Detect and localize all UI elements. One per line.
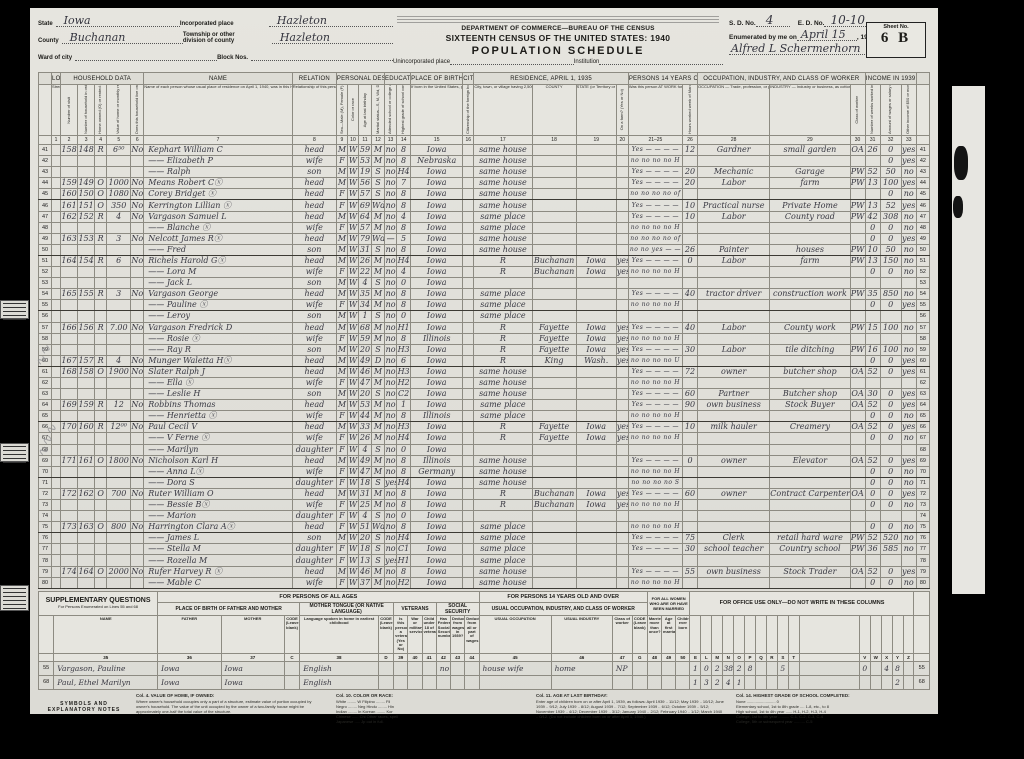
cell-cls [850,189,865,200]
cell-oth [901,278,916,289]
cell-name: —— Mable C [144,577,292,588]
cell-lnR: 56 [916,311,929,322]
cell-grade: 4 [397,267,411,278]
cell-street [52,300,61,311]
cell-hh: 158 [78,366,95,377]
cell-rel: daughter [292,477,336,488]
cell-visit: 165 [61,289,78,300]
cell-farm: No [131,233,144,244]
cell-hh: 163 [78,522,95,533]
cell-lnL: 79 [39,566,52,577]
cell-rel: daughter [292,544,336,555]
cell-name: Corey Bridget ⓧ [144,189,292,200]
cell-oth: yes [901,355,916,366]
cell-street [52,255,61,266]
cell-cls [850,433,865,444]
cell-hrs [682,189,697,200]
cell-wks: 30 [865,389,880,400]
cell-grade: 7 [397,178,411,189]
cell-hh [78,433,95,444]
cell-lnR: 52 [916,267,929,278]
cell-val [107,222,131,233]
cell-race: W [347,544,358,555]
cell-wks: 52 [865,366,880,377]
cell-grade: 8 [397,156,411,167]
cell-own [95,156,107,167]
sheet-header: State Iowa Incorporated place Hazleton C… [30,8,938,72]
cell-res1: same house [474,477,532,488]
cell-cls [850,477,865,488]
cell-lnR: 67 [916,433,929,444]
cell-cit [463,156,474,167]
cell-sch: no [385,544,397,555]
cell-name: Kephart William C [144,145,292,156]
county-label: County [38,38,59,44]
cell-hrs: 55 [682,566,697,577]
cell-age: 20 [358,344,371,355]
cell-grade: H2 [397,377,411,388]
column-number: 33 [901,136,916,145]
cell-sch: no [385,300,397,311]
cell-res3 [576,577,616,588]
cell-wks: 26 [865,145,880,156]
cell-val: 1000 [107,178,131,189]
cell-own [95,477,107,488]
cell-rfarm [616,555,628,566]
cell-val [107,278,131,289]
cell-hrs: 90 [682,400,697,411]
column-number: 18 [532,136,576,145]
supp-column-number: 42 [436,653,450,661]
cell-lnL: 54 [39,289,52,300]
institution-field [599,59,723,65]
supp-cell [284,661,299,675]
cell-lnR: 46 [916,200,929,211]
cell-occ: milk hauler [698,422,770,433]
column-number: 3 [78,136,95,145]
ed-field: 10-10 [824,16,870,27]
cell-cls: OA [850,389,865,400]
cell-visit [61,300,78,311]
cell-occ [698,267,770,278]
cell-own [95,167,107,178]
cell-res2 [532,289,576,300]
cell-res3 [576,511,616,522]
cell-lnR: 64 [916,400,929,411]
cell-age: 20 [358,389,371,400]
cell-oth: no [901,477,916,488]
cell-rfarm [616,156,628,167]
cell-oth: no [901,433,916,444]
cell-emp: Yes — — — — [628,255,682,266]
supp-group-all-ages: FOR PERSONS OF ALL AGES [158,591,479,602]
cell-farm [131,477,144,488]
cell-cit [463,211,474,222]
cell-street [52,145,61,156]
cell-wks: 0 [865,522,880,533]
column-label: Does this household live on a farm? (Yes… [135,86,140,134]
cell-res3 [576,477,616,488]
cell-sex: M [336,366,347,377]
cell-res3 [576,278,616,289]
table-row: 46161151O350NoKerrington Lillian ⓧheadFW… [39,200,930,211]
cell-name: —— Marion [144,511,292,522]
cell-lnR: 60 [916,355,929,366]
cell-wks: 0 [865,466,880,477]
cell-rfarm: yes [616,433,628,444]
cell-rel: head [292,233,336,244]
supp-column-label: USUAL OCCUPATION [479,615,551,653]
cell-rel: head [292,355,336,366]
cell-name: —— Ralph [144,167,292,178]
cell-name: —— Ella ⓧ [144,377,292,388]
cell-lnL: 48 [39,222,52,233]
cell-lnR: 48 [916,222,929,233]
population-schedule-title: POPULATION SCHEDULE [393,45,723,57]
table-row: 74—— MariondaughterFW4Sno0Iowa74 [39,511,930,522]
supp-column-number: W [870,653,881,661]
cell-res1 [474,511,532,522]
column-number: 2 [61,136,78,145]
cell-oth: yes [901,145,916,156]
supp-cell: no [436,661,450,675]
cell-cls: PW [850,211,865,222]
cell-street [52,455,61,466]
cell-res1: same house [474,466,532,477]
supp-cell [647,675,661,689]
state-field: Iowa [56,16,180,27]
cell-res1: R [474,267,532,278]
supp-cell: 1 [690,661,701,675]
column-group-header: OCCUPATION, INDUSTRY, AND CLASS OF WORKE… [698,73,866,85]
cell-grade: 8 [397,455,411,466]
cell-oth: yes [901,400,916,411]
cell-rfarm [616,145,628,156]
cell-res2 [532,411,576,422]
supp-cell [662,675,676,689]
cell-hrs [682,522,697,533]
cell-age: 79 [358,233,371,244]
cell-age: 26 [358,433,371,444]
cell-born: Iowa [411,233,463,244]
cell-rfarm [616,311,628,322]
cell-lnL: 49 [39,233,52,244]
table-row: 58—— Rosie ⓧwifeFW59Mno8IllinoisRFayette… [39,333,930,344]
cell-age: 56 [358,178,371,189]
table-row: 69171161O1800NoNicholson Karl HheadMW49M… [39,455,930,466]
cell-lnL: 41 [39,145,52,156]
cell-farm [131,511,144,522]
supp-column-label [701,615,712,653]
cell-sex: F [336,411,347,422]
cell-hh: 154 [78,255,95,266]
supp-column-label [690,615,701,653]
cell-cls [850,511,865,522]
supplementary-table: SUPPLEMENTARY QUESTIONSFor Persons Enume… [38,591,930,690]
cell-street [52,400,61,411]
table-row: 71—— Dora SdaughterFW18SyesH4Iowasame ho… [39,477,930,488]
cell-rel: head [292,366,336,377]
supp-column-label: Child under 18 of veteran? [422,615,436,653]
cell-rfarm [616,167,628,178]
supp-column-number: 37 [221,653,284,661]
cell-cit [463,366,474,377]
cell-rel: head [292,522,336,533]
cell-emp: no no no no H [628,466,682,477]
cell-emp: no no no no H [628,411,682,422]
cell-grade: 4 [397,211,411,222]
cell-oth: yes [901,200,916,211]
cell-grade: 8 [397,500,411,511]
cell-mar: M [372,322,385,333]
cell-own [95,311,107,322]
cell-emp: Yes — — — — [628,544,682,555]
supp-cell [799,661,859,675]
supp-cell: NP [612,661,632,675]
note-col14-text: None .......................... 0 Elemen… [736,699,829,724]
cell-sch: no [385,322,397,333]
cell-visit: 162 [61,211,78,222]
group-header-row: LOCATIONHOUSEHOLD DATANAMERELATIONPERSON… [39,73,930,85]
column-header-street: Street, avenue, road, etc. [52,85,61,136]
cell-cls: OA [850,566,865,577]
cell-res1: same house [474,233,532,244]
cell-emp: Yes — — — — [628,455,682,466]
cell-wks: 0 [865,222,880,233]
cell-own: O [95,189,107,200]
cell-oth: yes [901,178,916,189]
cell-res2 [532,455,576,466]
cell-rel: head [292,145,336,156]
cell-occ [698,511,770,522]
cell-visit [61,278,78,289]
supp-cell [745,675,756,689]
cell-ind: farm [770,255,850,266]
cell-own: R [95,322,107,333]
cell-farm [131,333,144,344]
cell-wks: 0 [865,500,880,511]
cell-wks: 13 [865,255,880,266]
supp-column-label: Deductions from wages in 1939? [450,615,464,653]
cell-visit [61,466,78,477]
table-row: 66170160R12⁰⁰NoPaul Cecil VheadMW33MnoH3… [39,422,930,433]
cell-cit [463,145,474,156]
cell-val: 350 [107,200,131,211]
column-header-rfarm: On a farm? (Yes or No) [616,85,628,136]
cell-hh [78,267,95,278]
cell-grade: 0 [397,444,411,455]
supp-column-label [39,615,54,653]
cell-sch: no [385,222,397,233]
cell-sch: no [385,389,397,400]
supp-column-number: 50 [676,653,690,661]
column-label-row: Street, avenue, road, etc.Number of visi… [39,85,930,136]
supp-cell [647,661,661,675]
cell-res2 [532,145,576,156]
cell-wks: 0 [865,355,880,366]
cell-own: O [95,366,107,377]
cell-own: O [95,200,107,211]
cell-wage: 585 [880,544,901,555]
cell-farm: No [131,145,144,156]
cell-born: Illinois [411,455,463,466]
supp-cell: 2 [734,661,745,675]
cell-born: Iowa [411,366,463,377]
column-label: Relationship of this person to the head … [293,85,337,90]
cell-rfarm [616,411,628,422]
cell-rel: head [292,455,336,466]
supp-cell [756,661,767,675]
cell-res1 [474,278,532,289]
cell-street [52,566,61,577]
supp-column-label: Deductions from all or part of wages [465,615,479,653]
cell-val [107,444,131,455]
cell-occ: Mechanic [698,167,770,178]
cell-race: W [347,355,358,366]
cell-sch: no [385,366,397,377]
county-field: Buchanan [62,33,183,44]
cell-name: —— Jack L [144,278,292,289]
cell-cit [463,389,474,400]
cell-lnR: 71 [916,477,929,488]
cell-val: 3 [107,233,131,244]
cell-street [52,211,61,222]
cell-age: 18 [358,477,371,488]
cell-occ: Labor [698,178,770,189]
cell-ind [770,233,850,244]
supp-column-number: 47 [612,653,632,661]
cell-cit [463,544,474,555]
cell-rel: head [292,255,336,266]
cell-wage: 0 [880,145,901,156]
column-label: OCCUPATION — Trade, profession, or parti… [698,85,770,90]
cell-mar: M [372,366,385,377]
column-group-header: HOUSEHOLD DATA [61,73,144,85]
cell-lnR: 53 [916,278,929,289]
cell-ind [770,411,850,422]
cell-age: 35 [358,289,371,300]
cell-street [52,233,61,244]
supp-cell [408,675,422,689]
column-number: 4 [95,136,107,145]
cell-farm [131,222,144,233]
cell-own: O [95,455,107,466]
cell-cit [463,278,474,289]
cell-oth: no [901,544,916,555]
cell-ind: Elevator [770,455,850,466]
column-header-race: Color or race [347,85,358,136]
supp-column-label: CODE (Leave blank) [284,615,299,653]
cell-age: 19 [358,167,371,178]
cell-occ: owner [698,366,770,377]
cell-wage: 0 [880,366,901,377]
cell-visit [61,389,78,400]
cell-race: W [347,211,358,222]
cell-grade: H1 [397,322,411,333]
cell-age: 59 [358,145,371,156]
table-row: 76—— James LsonMW20SnoH4Iowasame placeYe… [39,533,930,544]
cell-wage: 0 [880,222,901,233]
cell-occ: Partner [698,389,770,400]
enumerated-label: Enumerated by me on [729,34,797,41]
cell-wage: 308 [880,211,901,222]
cell-ind: Creamery [770,422,850,433]
cell-oth: yes [901,156,916,167]
cell-race: W [347,522,358,533]
cell-race: W [347,377,358,388]
cell-age: 51 [358,522,371,533]
cell-grade: C2 [397,389,411,400]
cell-rel: head [292,178,336,189]
cell-res3 [576,244,616,255]
cell-oth: no [901,522,916,533]
cell-rel: son [292,533,336,544]
population-schedule: LOCATIONHOUSEHOLD DATANAMERELATIONPERSON… [38,72,930,589]
cell-lnR: 47 [916,211,929,222]
cell-name: Kerrington Lillian ⓧ [144,200,292,211]
supp-column-label [903,615,914,653]
cell-race: W [347,511,358,522]
column-group-header: PLACE OF BIRTH [411,73,463,85]
cell-hh [78,466,95,477]
supp-cell [632,675,647,689]
cell-born: Iowa [411,178,463,189]
cell-name: Vargason George [144,289,292,300]
column-number: 19 [576,136,616,145]
block-field [251,50,393,61]
notes-title: SYMBOLS AND EXPLANATORY NOTES [38,693,130,724]
cell-res3 [576,145,616,156]
cell-res1: same place [474,311,532,322]
cell-res1: R [474,433,532,444]
cell-res3 [576,377,616,388]
cell-oth: no [901,189,916,200]
cell-res2 [532,167,576,178]
ward-label: Ward of city [38,55,72,61]
cell-ind [770,477,850,488]
cell-mar: Wd [372,233,385,244]
supp-cell [903,675,914,689]
cell-race: W [347,222,358,233]
cell-born: Iowa [411,278,463,289]
cell-oth: no [901,167,916,178]
cell-ind [770,433,850,444]
cell-sex: M [336,278,347,289]
cell-val [107,377,131,388]
cell-hrs: 12 [682,145,697,156]
supp-column-label [892,615,903,653]
uninc-field [450,59,574,65]
cell-street [52,189,61,200]
cell-age: 49 [358,355,371,366]
supp-cell: house wife [479,661,551,675]
cell-emp: no no no no H [628,377,682,388]
cell-lnL: 46 [39,200,52,211]
cell-grade: 0 [397,311,411,322]
cell-cls [850,333,865,344]
column-header-rel: Relationship of this person to the head … [292,85,336,136]
cell-res2: Fayette [532,344,576,355]
supp-column-number [39,653,54,661]
cell-ind [770,444,850,455]
cell-own [95,555,107,566]
supplementary-questions-table: SUPPLEMENTARY QUESTIONSFor Persons Enume… [38,591,930,690]
cell-race: W [347,300,358,311]
cell-cit [463,555,474,566]
cell-res3: Iowa [576,267,616,278]
cell-occ: owner [698,455,770,466]
supp-veterans: VETERANS [394,602,437,615]
